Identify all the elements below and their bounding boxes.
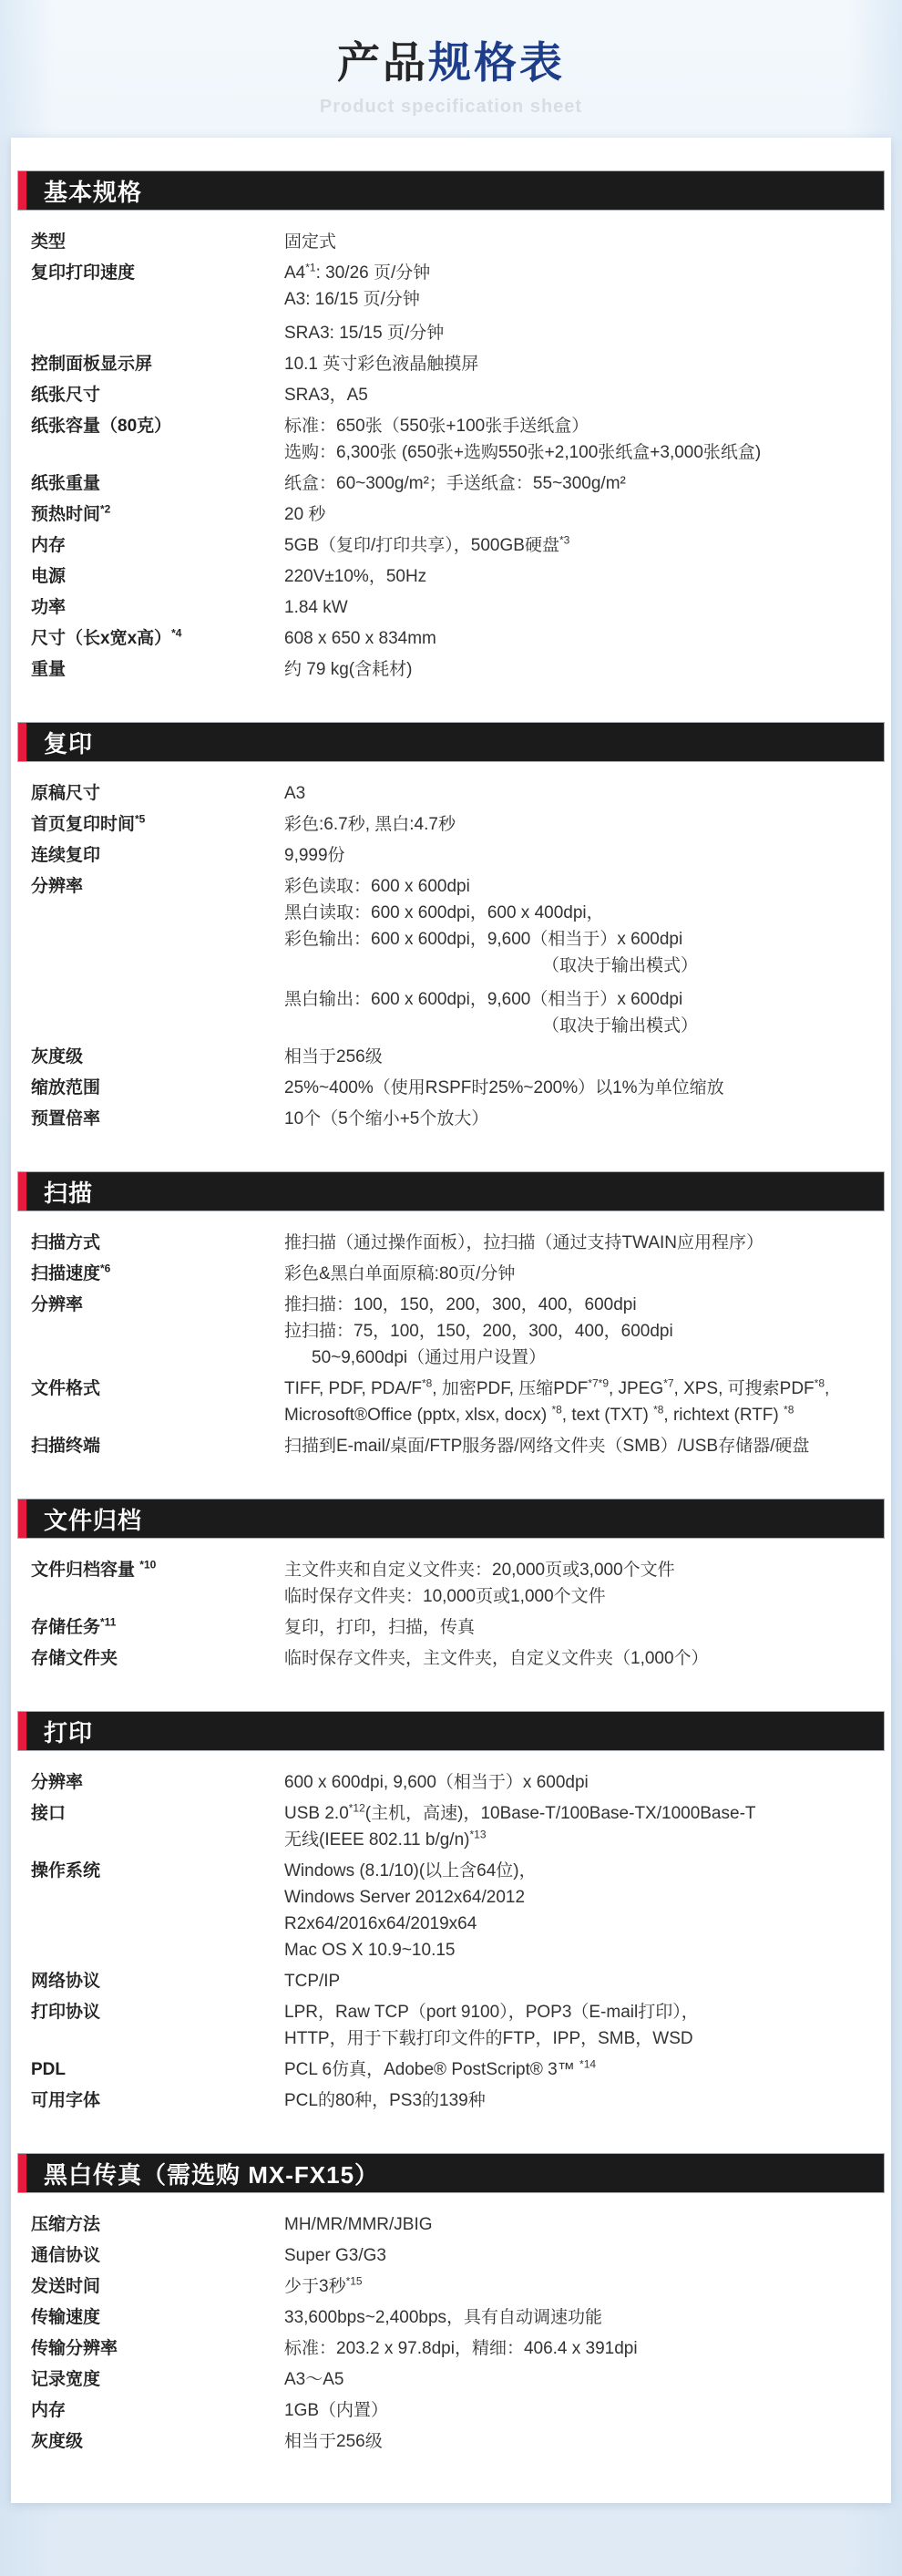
value-line: （取决于输出模式） xyxy=(542,953,880,979)
row-label: 扫描方式 xyxy=(20,1230,284,1256)
spec-row: 扫描方式 推扫描（通过操作面板），拉扫描（通过支持TWAIN应用程序） xyxy=(20,1230,882,1256)
row-label: 可用字体 xyxy=(20,2087,284,2114)
spec-row: 灰度级 相当于256级 xyxy=(20,1044,882,1070)
value-line: 220V±10%，50Hz xyxy=(284,563,880,590)
spec-row: 网络协议 TCP/IP xyxy=(20,1968,882,1994)
spec-row: 功率 1.84 kW xyxy=(20,594,882,621)
row-label: 文件归档容量 *10 xyxy=(20,1557,284,1583)
row-value: Super G3/G3 xyxy=(284,2242,880,2269)
row-label: 记录宽度 xyxy=(20,2366,284,2393)
value-line: 拉扫描：75，100，150，200，300，400，600dpi xyxy=(284,1318,880,1345)
value-line: 彩色&黑白单面原稿:80页/分钟 xyxy=(284,1261,880,1287)
row-label: 分辨率 xyxy=(20,1769,284,1796)
value-line: 33,600bps~2,400bps，具有自动调速功能 xyxy=(284,2304,880,2331)
spec-section: 基本规格 类型 固定式 复印打印速度 A4*1: 30/26 页/分钟A3: 1… xyxy=(11,170,891,700)
value-line: 纸盒：60~300g/m²；手送纸盒：55~300g/m² xyxy=(284,470,880,497)
spec-section: 打印 分辨率 600 x 600dpi, 9,600（相当于）x 600dpi … xyxy=(11,1711,891,2131)
value-line: 25%~400%（使用RSPF时25%~200%）以1%为单位缩放 xyxy=(284,1075,880,1101)
row-value: 25%~400%（使用RSPF时25%~200%）以1%为单位缩放 xyxy=(284,1075,880,1101)
row-label: 灰度级 xyxy=(20,2428,284,2455)
row-label: 分辨率 xyxy=(20,873,284,900)
spec-section: 扫描 扫描方式 推扫描（通过操作面板），拉扫描（通过支持TWAIN应用程序） 扫… xyxy=(11,1171,891,1477)
spec-row: 存储任务*11 复印，打印，扫描，传真 xyxy=(20,1614,882,1641)
value-line: USB 2.0*12(主机，高速)，10Base-T/100Base-TX/10… xyxy=(284,1800,880,1827)
spec-row: 传输分辨率 标准：203.2 x 97.8dpi，精细：406.4 x 391d… xyxy=(20,2335,882,2362)
row-value: 临时保存文件夹，主文件夹，自定义文件夹（1,000个） xyxy=(284,1645,880,1672)
row-value: 608 x 650 x 834mm xyxy=(284,625,880,652)
spec-row: 尺寸（长x宽x高）*4 608 x 650 x 834mm xyxy=(20,625,882,652)
value-line: 600 x 600dpi, 9,600（相当于）x 600dpi xyxy=(284,1769,880,1796)
value-line: 复印，打印，扫描，传真 xyxy=(284,1614,880,1641)
row-label: 功率 xyxy=(20,594,284,621)
page-header: 产品规格表 Product specification sheet xyxy=(0,0,902,118)
value-line: 黑白读取：600 x 600dpi，600 x 400dpi， xyxy=(284,900,880,926)
spec-section: 复印 原稿尺寸 A3 首页复印时间*5 彩色:6.7秒, 黑白:4.7秒 连续复… xyxy=(11,722,891,1149)
spec-row: 连续复印 9,999份 xyxy=(20,842,882,869)
value-line: HTTP，用于下载打印文件的FTP，IPP，SMB，WSD xyxy=(284,2025,880,2052)
row-value: Windows (8.1/10)(以上含64位)，Windows Server … xyxy=(284,1858,880,1963)
section-accent-bar xyxy=(18,1172,26,1211)
row-label: 打印协议 xyxy=(20,1999,284,2025)
value-line: 10.1 英寸彩色液晶触摸屏 xyxy=(284,351,880,377)
row-label: 电源 xyxy=(20,563,284,590)
row-value: 相当于256级 xyxy=(284,1044,880,1070)
value-line: Super G3/G3 xyxy=(284,2242,880,2269)
spec-row: 分辨率 彩色读取：600 x 600dpi黑白读取：600 x 600dpi，6… xyxy=(20,873,882,1039)
value-line: 1.84 kW xyxy=(284,594,880,621)
row-value: 彩色&黑白单面原稿:80页/分钟 xyxy=(284,1261,880,1287)
row-value: 推扫描（通过操作面板），拉扫描（通过支持TWAIN应用程序） xyxy=(284,1230,880,1256)
value-line: R2x64/2016x64/2019x64 xyxy=(284,1911,880,1937)
row-value: 33,600bps~2,400bps，具有自动调速功能 xyxy=(284,2304,880,2331)
row-label: 预热时间*2 xyxy=(20,501,284,528)
row-value: 10个（5个缩小+5个放大） xyxy=(284,1106,880,1132)
row-label: 通信协议 xyxy=(20,2242,284,2269)
row-label: 重量 xyxy=(20,656,284,683)
row-value: 约 79 kg(含耗材) xyxy=(284,656,880,683)
value-line: Mac OS X 10.9~10.15 xyxy=(284,1937,880,1963)
value-line: A3: 16/15 页/分钟 xyxy=(284,286,880,313)
spec-row: 文件归档容量 *10 主文件夹和自定义文件夹：20,000页或3,000个文件临… xyxy=(20,1557,882,1610)
value-line: 推扫描（通过操作面板），拉扫描（通过支持TWAIN应用程序） xyxy=(284,1230,880,1256)
spec-row: 预置倍率 10个（5个缩小+5个放大） xyxy=(20,1106,882,1132)
section-title: 复印 xyxy=(18,726,93,759)
row-value: 20 秒 xyxy=(284,501,880,528)
row-label: 首页复印时间*5 xyxy=(20,811,284,838)
row-label: 接口 xyxy=(20,1800,284,1827)
page-subtitle: Product specification sheet xyxy=(0,97,902,118)
value-line: 选购：6,300张 (650张+选购550张+2,100张纸盒+3,000张纸盒… xyxy=(284,439,880,466)
spec-row: 原稿尺寸 A3 xyxy=(20,780,882,807)
row-label: 分辨率 xyxy=(20,1292,284,1318)
spec-row: 存储文件夹 临时保存文件夹，主文件夹，自定义文件夹（1,000个） xyxy=(20,1645,882,1672)
section-accent-bar xyxy=(18,1712,26,1750)
section-header-bar: 基本规格 xyxy=(17,170,885,211)
spec-table: 类型 固定式 复印打印速度 A4*1: 30/26 页/分钟A3: 16/15 … xyxy=(11,229,891,700)
row-label: 内存 xyxy=(20,2397,284,2424)
spec-row: 重量 约 79 kg(含耗材) xyxy=(20,656,882,683)
row-label: 扫描终端 xyxy=(20,1433,284,1459)
value-line: 相当于256级 xyxy=(284,2428,880,2455)
spec-row: 接口 USB 2.0*12(主机，高速)，10Base-T/100Base-TX… xyxy=(20,1800,882,1853)
value-line: TCP/IP xyxy=(284,1968,880,1994)
spec-card: 基本规格 类型 固定式 复印打印速度 A4*1: 30/26 页/分钟A3: 1… xyxy=(11,138,891,2503)
row-value: 推扫描：100，150，200，300，400，600dpi拉扫描：75，100… xyxy=(284,1292,880,1371)
value-line: 608 x 650 x 834mm xyxy=(284,625,880,652)
row-value: 1.84 kW xyxy=(284,594,880,621)
row-value: A3～A5 xyxy=(284,2366,880,2393)
value-line: 10个（5个缩小+5个放大） xyxy=(284,1106,880,1132)
value-line: A3～A5 xyxy=(284,2366,880,2393)
value-line: TIFF, PDF, PDA/F*8, 加密PDF, 压缩PDF*7*9, JP… xyxy=(284,1376,880,1428)
spec-row: 记录宽度 A3～A5 xyxy=(20,2366,882,2393)
row-value: 少于3秒*15 xyxy=(284,2273,880,2300)
value-line: 少于3秒*15 xyxy=(284,2273,880,2300)
spec-row: 纸张容量（80克） 标准：650张（550张+100张手送纸盒）选购：6,300… xyxy=(20,413,882,466)
row-value: 标准：203.2 x 97.8dpi，精细：406.4 x 391dpi xyxy=(284,2335,880,2362)
row-label: 存储文件夹 xyxy=(20,1645,284,1672)
row-value: 固定式 xyxy=(284,229,880,255)
value-line: LPR，Raw TCP（port 9100），POP3（E-mail打印）， xyxy=(284,1999,880,2025)
spec-row: 扫描速度*6 彩色&黑白单面原稿:80页/分钟 xyxy=(20,1261,882,1287)
value-line: 临时保存文件夹：10,000页或1,000个文件 xyxy=(284,1583,880,1610)
title-accent: 规格表 xyxy=(428,38,565,87)
value-line: （取决于输出模式） xyxy=(542,1013,880,1039)
spec-row: 灰度级 相当于256级 xyxy=(20,2428,882,2455)
row-value: 标准：650张（550张+100张手送纸盒）选购：6,300张 (650张+选购… xyxy=(284,413,880,466)
section-accent-bar xyxy=(18,1499,26,1538)
value-line: A4*1: 30/26 页/分钟 xyxy=(284,260,880,286)
row-label: 扫描速度*6 xyxy=(20,1261,284,1287)
spec-row: 缩放范围 25%~400%（使用RSPF时25%~200%）以1%为单位缩放 xyxy=(20,1075,882,1101)
section-title: 文件归档 xyxy=(18,1502,142,1536)
spec-row: 控制面板显示屏 10.1 英寸彩色液晶触摸屏 xyxy=(20,351,882,377)
row-value: 9,999份 xyxy=(284,842,880,869)
value-line: MH/MR/MMR/JBIG xyxy=(284,2211,880,2238)
row-label: 传输分辨率 xyxy=(20,2335,284,2362)
row-value: PCL 6仿真，Adobe® PostScript® 3™ *14 xyxy=(284,2056,880,2083)
row-value: 彩色读取：600 x 600dpi黑白读取：600 x 600dpi，600 x… xyxy=(284,873,880,1039)
row-value: A4*1: 30/26 页/分钟A3: 16/15 页/分钟SRA3: 15/1… xyxy=(284,260,880,346)
section-title: 扫描 xyxy=(18,1175,93,1209)
value-line: PCL 6仿真，Adobe® PostScript® 3™ *14 xyxy=(284,2056,880,2083)
value-line: SRA3: 15/15 页/分钟 xyxy=(284,320,880,346)
spec-row: 内存 1GB（内置） xyxy=(20,2397,882,2424)
row-value: A3 xyxy=(284,780,880,807)
spec-table: 扫描方式 推扫描（通过操作面板），拉扫描（通过支持TWAIN应用程序） 扫描速度… xyxy=(11,1230,891,1477)
row-value: 10.1 英寸彩色液晶触摸屏 xyxy=(284,351,880,377)
row-value: 扫描到E-mail/桌面/FTP服务器/网络文件夹（SMB）/USB存储器/硬盘 xyxy=(284,1433,880,1459)
value-line: 标准：650张（550张+100张手送纸盒） xyxy=(284,413,880,439)
row-value: 600 x 600dpi, 9,600（相当于）x 600dpi xyxy=(284,1769,880,1796)
value-line: A3 xyxy=(284,780,880,807)
row-value: SRA3，A5 xyxy=(284,382,880,408)
spec-table: 文件归档容量 *10 主文件夹和自定义文件夹：20,000页或3,000个文件临… xyxy=(11,1557,891,1689)
row-label: 预置倍率 xyxy=(20,1106,284,1132)
row-label: 灰度级 xyxy=(20,1044,284,1070)
spec-row: 类型 固定式 xyxy=(20,229,882,255)
section-accent-bar xyxy=(18,2154,26,2192)
spec-row: 文件格式 TIFF, PDF, PDA/F*8, 加密PDF, 压缩PDF*7*… xyxy=(20,1376,882,1428)
row-value: 复印，打印，扫描，传真 xyxy=(284,1614,880,1641)
row-label: PDL xyxy=(20,2056,284,2083)
spec-row: 纸张尺寸 SRA3，A5 xyxy=(20,382,882,408)
spec-table: 原稿尺寸 A3 首页复印时间*5 彩色:6.7秒, 黑白:4.7秒 连续复印 9… xyxy=(11,780,891,1149)
value-line: 约 79 kg(含耗材) xyxy=(284,656,880,683)
row-label: 纸张尺寸 xyxy=(20,382,284,408)
section-header-bar: 扫描 xyxy=(17,1171,885,1211)
spec-row: 打印协议 LPR，Raw TCP（port 9100），POP3（E-mail打… xyxy=(20,1999,882,2052)
row-value: 1GB（内置） xyxy=(284,2397,880,2424)
spec-row: 复印打印速度 A4*1: 30/26 页/分钟A3: 16/15 页/分钟SRA… xyxy=(20,260,882,346)
section-title: 黑白传真（需选购 MX-FX15） xyxy=(18,2157,379,2190)
row-label: 尺寸（长x宽x高）*4 xyxy=(20,625,284,652)
row-value: USB 2.0*12(主机，高速)，10Base-T/100Base-TX/10… xyxy=(284,1800,880,1853)
section-accent-bar xyxy=(18,171,26,210)
section-header-bar: 黑白传真（需选购 MX-FX15） xyxy=(17,2153,885,2193)
spec-row: 内存 5GB（复印/打印共享），500GB硬盘*3 xyxy=(20,532,882,559)
section-header-bar: 文件归档 xyxy=(17,1499,885,1539)
row-label: 复印打印速度 xyxy=(20,260,284,286)
value-line: 黑白输出：600 x 600dpi，9,600（相当于）x 600dpi xyxy=(284,986,880,1013)
spec-row: 压缩方法 MH/MR/MMR/JBIG xyxy=(20,2211,882,2238)
spec-row: 通信协议 Super G3/G3 xyxy=(20,2242,882,2269)
spec-row: 传输速度 33,600bps~2,400bps，具有自动调速功能 xyxy=(20,2304,882,2331)
value-line: 5GB（复印/打印共享），500GB硬盘*3 xyxy=(284,532,880,559)
spec-row: 分辨率 推扫描：100，150，200，300，400，600dpi拉扫描：75… xyxy=(20,1292,882,1371)
row-label: 类型 xyxy=(20,229,284,255)
row-label: 控制面板显示屏 xyxy=(20,351,284,377)
row-label: 内存 xyxy=(20,532,284,559)
row-label: 纸张容量（80克） xyxy=(20,413,284,439)
row-value: TCP/IP xyxy=(284,1968,880,1994)
section-title: 基本规格 xyxy=(18,174,142,208)
row-label: 操作系统 xyxy=(20,1858,284,1884)
spec-row: 首页复印时间*5 彩色:6.7秒, 黑白:4.7秒 xyxy=(20,811,882,838)
title-primary: 产品 xyxy=(337,38,428,87)
row-value: 纸盒：60~300g/m²；手送纸盒：55~300g/m² xyxy=(284,470,880,497)
value-line: 固定式 xyxy=(284,229,880,255)
spec-row: 电源 220V±10%，50Hz xyxy=(20,563,882,590)
value-line: 无线(IEEE 802.11 b/g/n)*13 xyxy=(284,1827,880,1853)
row-label: 文件格式 xyxy=(20,1376,284,1402)
row-label: 纸张重量 xyxy=(20,470,284,497)
value-line: 临时保存文件夹，主文件夹，自定义文件夹（1,000个） xyxy=(284,1645,880,1672)
row-value: LPR，Raw TCP（port 9100），POP3（E-mail打印），HT… xyxy=(284,1999,880,2052)
value-line: SRA3，A5 xyxy=(284,382,880,408)
row-value: MH/MR/MMR/JBIG xyxy=(284,2211,880,2238)
page-title: 产品规格表 xyxy=(0,38,902,88)
spec-row: 分辨率 600 x 600dpi, 9,600（相当于）x 600dpi xyxy=(20,1769,882,1796)
spec-row: 预热时间*2 20 秒 xyxy=(20,501,882,528)
spec-row: PDL PCL 6仿真，Adobe® PostScript® 3™ *14 xyxy=(20,2056,882,2083)
value-line: Windows (8.1/10)(以上含64位)， xyxy=(284,1858,880,1884)
value-line: 主文件夹和自定义文件夹：20,000页或3,000个文件 xyxy=(284,1557,880,1583)
value-line: 20 秒 xyxy=(284,501,880,528)
value-line: 彩色输出：600 x 600dpi，9,600（相当于）x 600dpi xyxy=(284,926,880,953)
section-title: 打印 xyxy=(18,1715,93,1748)
section-header-bar: 复印 xyxy=(17,722,885,762)
value-line: 标准：203.2 x 97.8dpi，精细：406.4 x 391dpi xyxy=(284,2335,880,2362)
value-line: 9,999份 xyxy=(284,842,880,869)
value-line: 彩色读取：600 x 600dpi xyxy=(284,873,880,900)
row-label: 网络协议 xyxy=(20,1968,284,1994)
spec-section: 文件归档 文件归档容量 *10 主文件夹和自定义文件夹：20,000页或3,00… xyxy=(11,1499,891,1689)
spec-row: 发送时间 少于3秒*15 xyxy=(20,2273,882,2300)
row-value: PCL的80种，PS3的139种 xyxy=(284,2087,880,2114)
value-line: 彩色:6.7秒, 黑白:4.7秒 xyxy=(284,811,880,838)
row-label: 连续复印 xyxy=(20,842,284,869)
row-value: 主文件夹和自定义文件夹：20,000页或3,000个文件临时保存文件夹：10,0… xyxy=(284,1557,880,1610)
row-label: 压缩方法 xyxy=(20,2211,284,2238)
spec-table: 分辨率 600 x 600dpi, 9,600（相当于）x 600dpi 接口 … xyxy=(11,1769,891,2131)
section-header-bar: 打印 xyxy=(17,1711,885,1751)
row-label: 发送时间 xyxy=(20,2273,284,2300)
row-value: 5GB（复印/打印共享），500GB硬盘*3 xyxy=(284,532,880,559)
spec-row: 可用字体 PCL的80种，PS3的139种 xyxy=(20,2087,882,2114)
row-value: 彩色:6.7秒, 黑白:4.7秒 xyxy=(284,811,880,838)
value-line: 50~9,600dpi（通过用户设置） xyxy=(312,1345,880,1371)
spec-table: 压缩方法 MH/MR/MMR/JBIG 通信协议 Super G3/G3 发送时… xyxy=(11,2211,891,2472)
value-line: 1GB（内置） xyxy=(284,2397,880,2424)
row-label: 原稿尺寸 xyxy=(20,780,284,807)
row-value: 220V±10%，50Hz xyxy=(284,563,880,590)
spec-row: 扫描终端 扫描到E-mail/桌面/FTP服务器/网络文件夹（SMB）/USB存… xyxy=(20,1433,882,1459)
section-accent-bar xyxy=(18,723,26,761)
row-label: 存储任务*11 xyxy=(20,1614,284,1641)
value-line: PCL的80种，PS3的139种 xyxy=(284,2087,880,2114)
row-label: 缩放范围 xyxy=(20,1075,284,1101)
row-value: 相当于256级 xyxy=(284,2428,880,2455)
spec-section: 黑白传真（需选购 MX-FX15） 压缩方法 MH/MR/MMR/JBIG 通信… xyxy=(11,2153,891,2472)
value-line: 相当于256级 xyxy=(284,1044,880,1070)
value-line: 扫描到E-mail/桌面/FTP服务器/网络文件夹（SMB）/USB存储器/硬盘 xyxy=(284,1433,880,1459)
row-label: 传输速度 xyxy=(20,2304,284,2331)
spec-row: 操作系统 Windows (8.1/10)(以上含64位)，Windows Se… xyxy=(20,1858,882,1963)
row-value: TIFF, PDF, PDA/F*8, 加密PDF, 压缩PDF*7*9, JP… xyxy=(284,1376,880,1428)
value-line: 推扫描：100，150，200，300，400，600dpi xyxy=(284,1292,880,1318)
page: 产品规格表 Product specification sheet 基本规格 类… xyxy=(0,0,902,2576)
spec-row: 纸张重量 纸盒：60~300g/m²；手送纸盒：55~300g/m² xyxy=(20,470,882,497)
value-line: Windows Server 2012x64/2012 xyxy=(284,1884,880,1911)
